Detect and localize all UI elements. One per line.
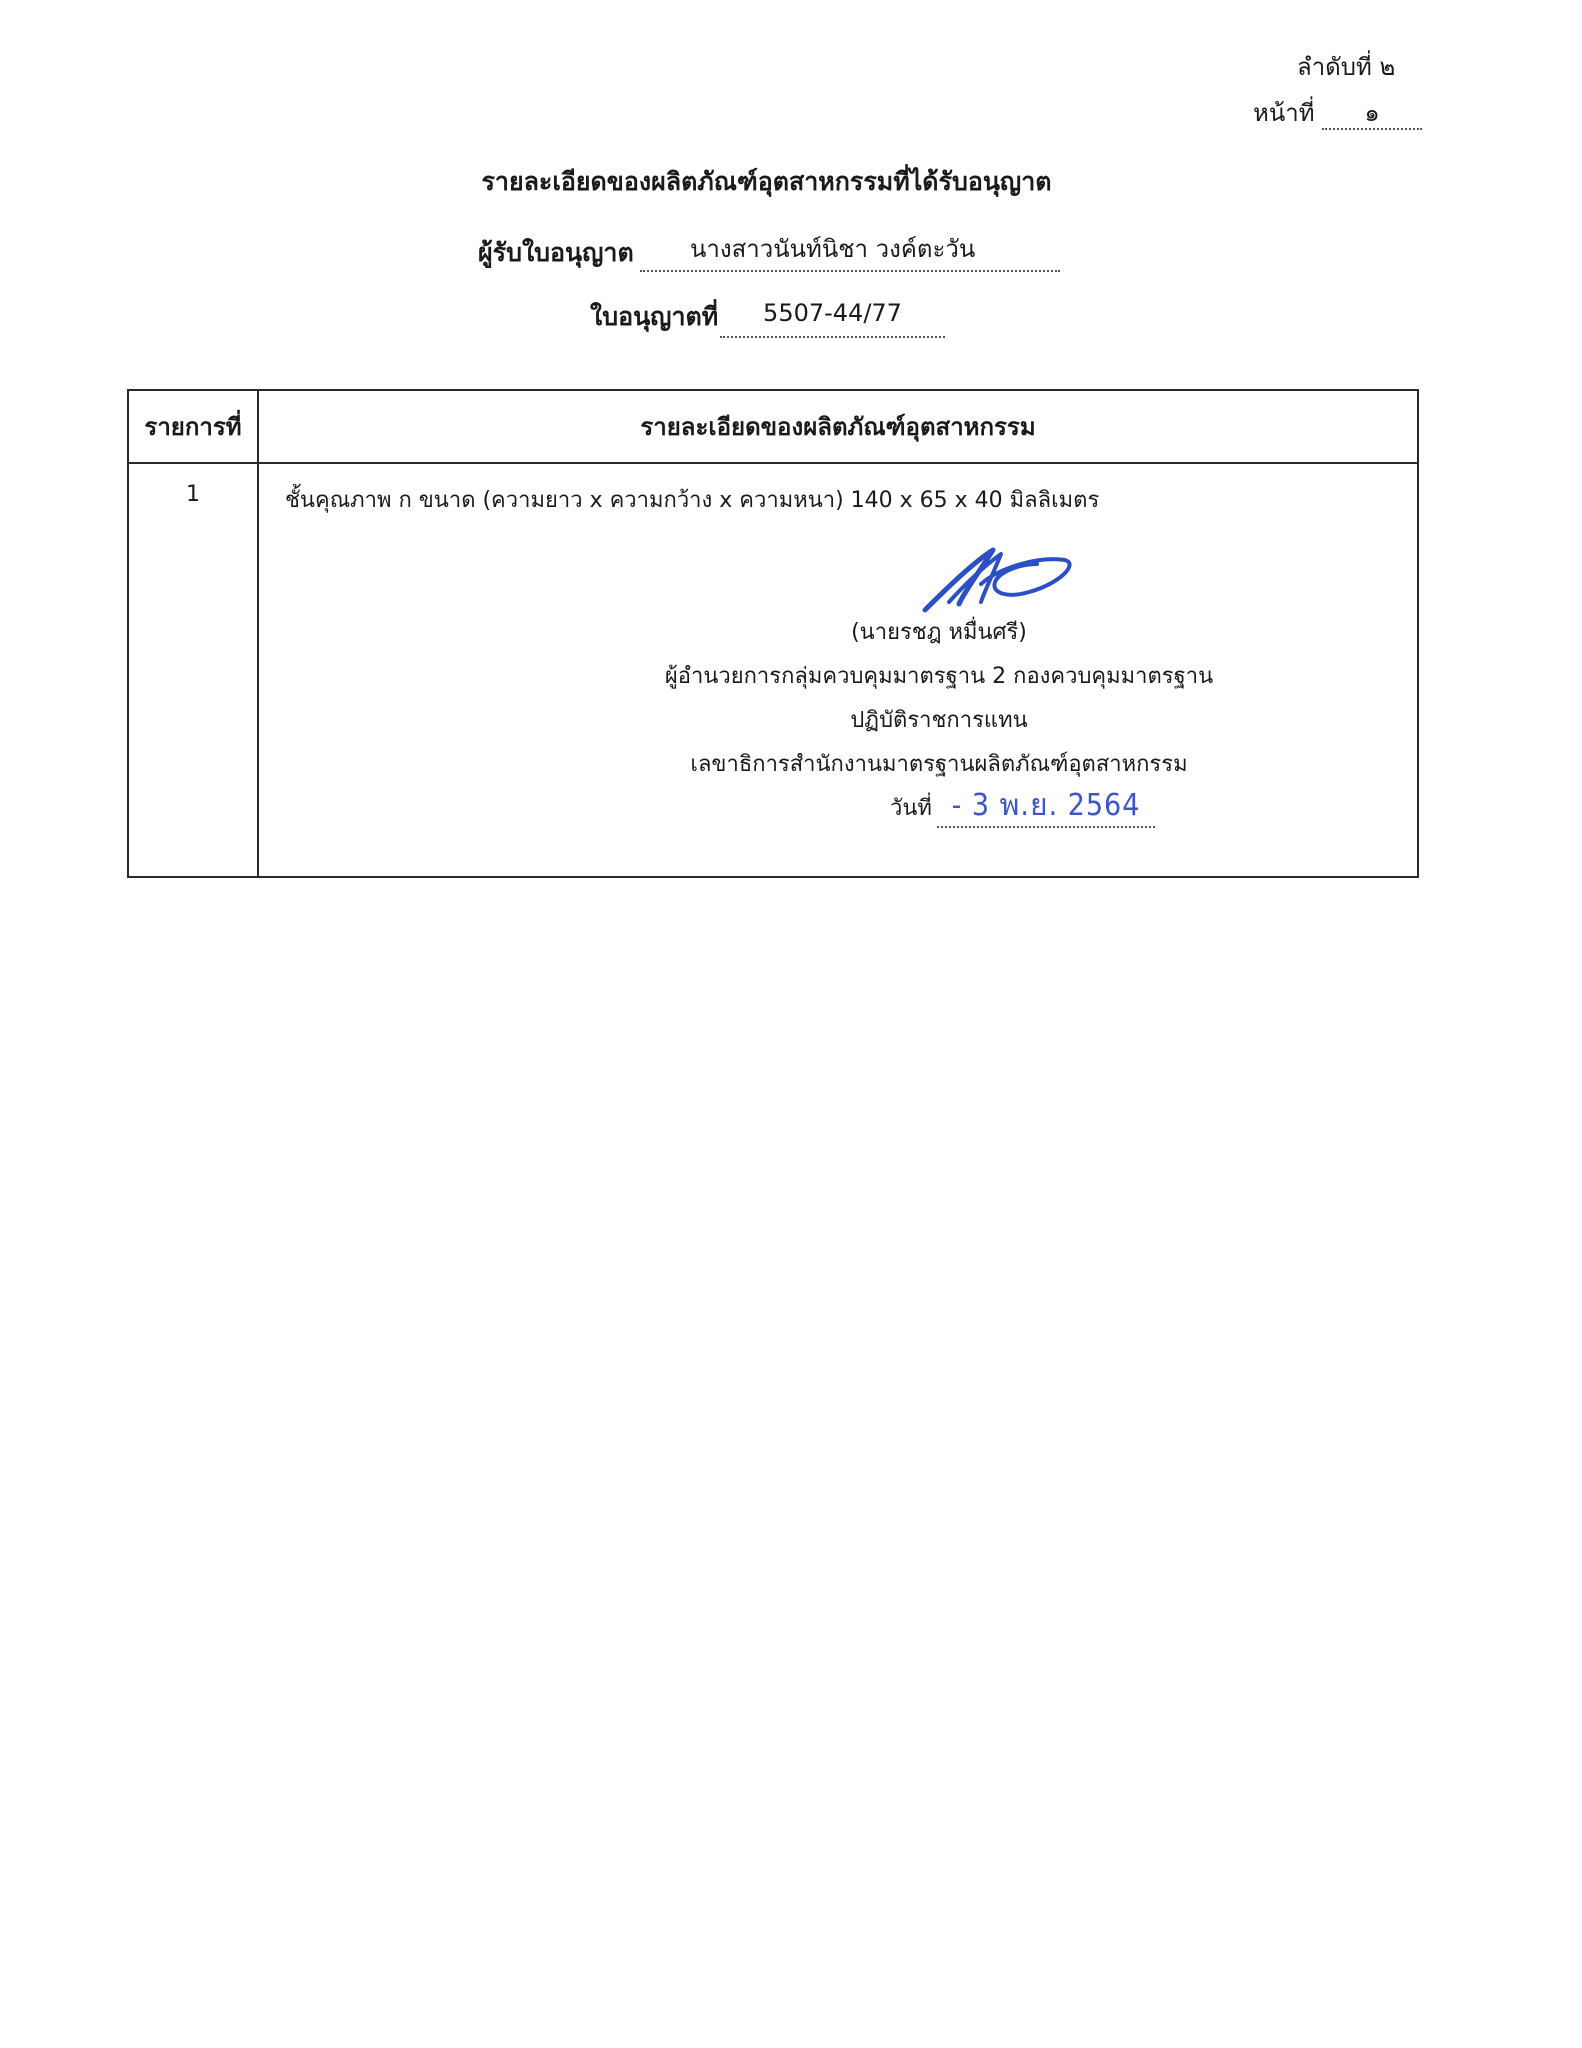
product-details-table: รายการที่ รายละเอียดของผลิตภัณฑ์อุตสาหกร…: [127, 389, 1419, 878]
item-detail-cell: ชั้นคุณภาพ ก ขนาด (ความยาว x ความกว้าง x…: [258, 463, 1418, 877]
page-number: หน้าที่ ๑: [1253, 98, 1422, 130]
header-item-number: รายการที่: [128, 390, 258, 463]
date-field: - 3 พ.ย. 2564: [937, 782, 1155, 828]
page-label: หน้าที่: [1253, 99, 1315, 127]
license-number-value: 5507-44/77: [720, 296, 945, 338]
signatory-position-line-1: ผู้อำนวยการกลุ่มควบคุมมาตรฐาน 2 กองควบคุ…: [649, 658, 1229, 693]
sequence-label: ลำดับที่: [1297, 53, 1372, 81]
sequence-value: ๒: [1379, 53, 1395, 81]
license-number-label: ใบอนุญาตที่: [590, 297, 718, 337]
licensee-value: นางสาวนันท์นิชา วงค์ตะวัน: [640, 232, 1060, 272]
date-label: วันที่: [890, 790, 932, 825]
item-detail: ชั้นคุณภาพ ก ขนาด (ความยาว x ความกว้าง x…: [285, 482, 1099, 517]
page-value: ๑: [1322, 98, 1422, 130]
table-row: 1 ชั้นคุณภาพ ก ขนาด (ความยาว x ความกว้าง…: [128, 463, 1418, 877]
document-title: รายละเอียดของผลิตภัณฑ์อุตสาหกรรมที่ได้รั…: [0, 162, 1533, 202]
licensee-label: ผู้รับใบอนุญาต: [478, 233, 634, 273]
signatory-position-line-2: ปฏิบัติราชการแทน: [709, 702, 1169, 737]
page-value-text: ๑: [1365, 99, 1380, 127]
header-product-details: รายละเอียดของผลิตภัณฑ์อุตสาหกรรม: [258, 390, 1418, 463]
sequence-number: ลำดับที่ ๒: [1297, 52, 1395, 82]
signatory-position-line-3: เลขาธิการสำนักงานมาตรฐานผลิตภัณฑ์อุตสาหก…: [649, 746, 1229, 781]
date-stamp: - 3 พ.ย. 2564: [952, 788, 1141, 823]
table-header-row: รายการที่ รายละเอียดของผลิตภัณฑ์อุตสาหกร…: [128, 390, 1418, 463]
signatory-name: (นายรชฎ หมื่นศรี): [709, 614, 1169, 649]
signature-icon: [919, 544, 1079, 616]
item-number: 1: [128, 463, 258, 877]
